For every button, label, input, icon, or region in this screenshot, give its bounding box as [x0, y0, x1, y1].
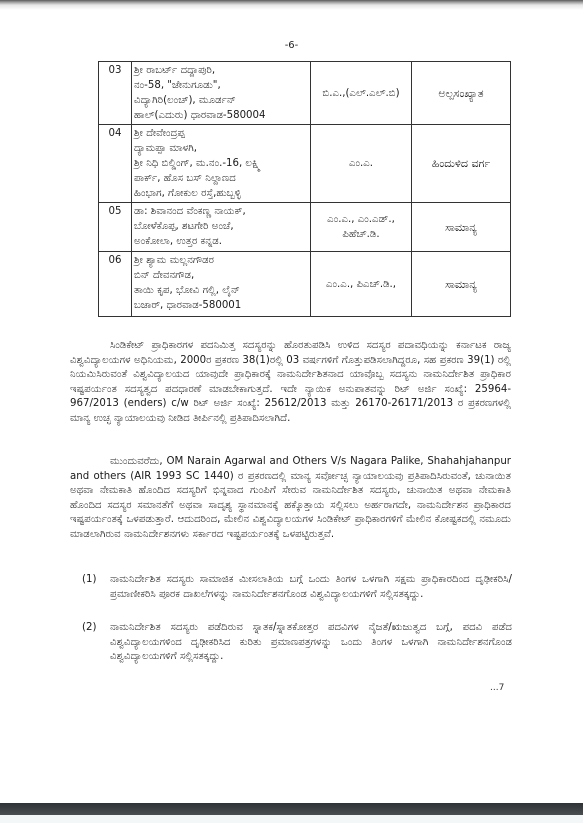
category-cell: ಹಿಂದುಳಿದ ವರ್ಗ — [412, 125, 511, 203]
serial-number-cell: 06 — [99, 252, 132, 317]
paragraph-court-ruling: ಮುಂದುವರೆದು, OM Narain Agarwal and Others… — [70, 455, 511, 543]
name-address-cell: ಡಾ: ಶಿವಾನಂದ ವೆಂಕಣ್ಣ ನಾಯಕ್,ಬೋಳೆಕೊಪ್ಪ, ಶಟಗ… — [132, 203, 311, 252]
table-row: 06ಶ್ರೀ ಶ್ಯಾಮ ಮಲ್ಲನಗೌಡರಬಿನ್ ದೇವನಗೌಡ,ತಾಯಿ … — [99, 252, 511, 317]
category-cell: ಸಾಮಾನ್ಯ — [412, 252, 511, 317]
condition-item-2: (2) ನಾಮನಿರ್ದೇಶಿತ ಸದಸ್ಯರು ಪಡೆದಿರುವ ಸ್ನಾತಕ… — [82, 621, 512, 665]
viewer-top-edge — [0, 0, 583, 10]
qualification-cell: ಎಂ.ಎ., ಎಂ.ಎಡ್., ಪಿಹೆಚ್.ಡಿ. — [311, 203, 412, 252]
serial-number-cell: 03 — [99, 62, 132, 125]
paragraph-text: ಸಿಂಡಿಕೇಟ್ ಪ್ರಾಧಿಕಾರಗಳ ಪದನಿಮಿತ್ತ ಸದಸ್ಯರನ್… — [70, 340, 511, 424]
qualification-cell: ಎಂ.ಎ., ಪಿಎಚ್.ಡಿ., — [311, 252, 412, 317]
condition-number: (2) — [82, 621, 106, 636]
nominees-table: 03ಶ್ರೀ ರಾಬರ್ಟ್ ದದ್ದಾಪುರಿ,ನಂ-58, "ಜೇನುಗೂಡ… — [98, 61, 511, 317]
page-number: -6- — [0, 40, 583, 51]
category-cell: ಸಾಮಾನ್ಯ — [412, 203, 511, 252]
paragraph-text: ಮುಂದುವರೆದು, OM Narain Agarwal and Others… — [70, 456, 511, 540]
address-line: ಶ್ರೀ ಶ್ಯಾಮ ಮಲ್ಲನಗೌಡರ — [134, 253, 308, 268]
qualification-cell: ಎಂ.ಎ. — [311, 125, 412, 203]
address-line: ಬೋಳೆಕೊಪ್ಪ, ಶಟಗೇರಿ ಅಂಚೆ, — [134, 219, 308, 234]
table-row: 05ಡಾ: ಶಿವಾನಂದ ವೆಂಕಣ್ಣ ನಾಯಕ್,ಬೋಳೆಕೊಪ್ಪ, ಶ… — [99, 203, 511, 252]
continued-marker: ...7 — [490, 683, 504, 693]
paragraph-term-of-office: ಸಿಂಡಿಕೇಟ್ ಪ್ರಾಧಿಕಾರಗಳ ಪದನಿಮಿತ್ತ ಸದಸ್ಯರನ್… — [70, 339, 511, 427]
address-line: ಶ್ರೀ ನಿಧಿ ಬಿಲ್ಡಿಂಗ್, ಮ.ನಂ.-16, ಲಕ್ಷ್ಮಿ — [134, 156, 308, 171]
qualification-cell: ಬಿ.ಎ.,(ಎಲ್.ಎಲ್.ಬಿ) — [311, 62, 412, 125]
address-line: ಬಿನ್ ದೇವನಗೌಡ, — [134, 268, 308, 283]
address-line: ಅಂಕೋಲಾ, ಉತ್ತರ ಕನ್ನಡ. — [134, 234, 308, 249]
condition-text: ನಾಮನಿರ್ದೇಶಿತ ಸದಸ್ಯರು ಸಾಮಾಜಿಕ ಮೀಸಲಾತಿಯ ಬಗ… — [110, 573, 512, 602]
condition-item-1: (1) ನಾಮನಿರ್ದೇಶಿತ ಸದಸ್ಯರು ಸಾಮಾಜಿಕ ಮೀಸಲಾತಿ… — [82, 573, 512, 602]
address-line: ಹಾಲ್(ಎದುರು) ಧಾರವಾಡ-580004 — [134, 108, 308, 123]
serial-number-cell: 04 — [99, 125, 132, 203]
address-line: ಡಾ: ಶಿವಾನಂದ ವೆಂಕಣ್ಣ ನಾಯಕ್, — [134, 204, 308, 219]
next-page-edge — [0, 815, 583, 823]
address-line: ದ್ಯಾಮಪ್ಪಾ ಮಾಳಗಿ, — [134, 141, 308, 156]
address-line: ಶ್ರೀ ರಾಬರ್ಟ್ ದದ್ದಾಪುರಿ, — [134, 63, 308, 78]
condition-number: (1) — [82, 573, 106, 588]
condition-text: ನಾಮನಿರ್ದೇಶಿತ ಸದಸ್ಯರು ಪಡೆದಿರುವ ಸ್ನಾತಕ/ಸ್ನ… — [110, 621, 512, 665]
name-address-cell: ಶ್ರೀ ರಾಬರ್ಟ್ ದದ್ದಾಪುರಿ,ನಂ-58, "ಜೇನುಗೂಡು"… — [132, 62, 311, 125]
serial-number-cell: 05 — [99, 203, 132, 252]
address-line: ಪಾರ್ಕ್, ಹೊಸ ಬಸ್ ನಿಲ್ದಾಣದ — [134, 171, 308, 186]
address-line: ಬಜಾರ್, ಧಾರವಾಡ-580001 — [134, 298, 308, 313]
table-row: 03ಶ್ರೀ ರಾಬರ್ಟ್ ದದ್ದಾಪುರಿ,ನಂ-58, "ಜೇನುಗೂಡ… — [99, 62, 511, 125]
address-line: ವಿದ್ಯಾಗಿರಿ(ಲಂಚ್), ಮೂರ್ಡನ್ — [134, 93, 308, 108]
address-line: ತಾಯಿ ಕೃಪ, ಭೋವಿ ಗಲ್ಲಿ, ಲೈನ್ — [134, 283, 308, 298]
viewer-page-gap — [0, 803, 583, 815]
name-address-cell: ಶ್ರೀ ದೇವೇಂದ್ರಪ್ಪದ್ಯಾಮಪ್ಪಾ ಮಾಳಗಿ,ಶ್ರೀ ನಿಧ… — [132, 125, 311, 203]
name-address-cell: ಶ್ರೀ ಶ್ಯಾಮ ಮಲ್ಲನಗೌಡರಬಿನ್ ದೇವನಗೌಡ,ತಾಯಿ ಕೃ… — [132, 252, 311, 317]
table-row: 04ಶ್ರೀ ದೇವೇಂದ್ರಪ್ಪದ್ಯಾಮಪ್ಪಾ ಮಾಳಗಿ,ಶ್ರೀ ನ… — [99, 125, 511, 203]
address-line: ಹಿಂಭಾಗ, ಗೋಕುಲ ರಸ್ತೆ,ಹುಬ್ಬಳ್ಳಿ — [134, 186, 308, 201]
address-line: ಶ್ರೀ ದೇವೇಂದ್ರಪ್ಪ — [134, 126, 308, 141]
address-line: ನಂ-58, "ಜೇನುಗೂಡು", — [134, 78, 308, 93]
category-cell: ಅಲ್ಪಸಂಖ್ಯಾತ — [412, 62, 511, 125]
